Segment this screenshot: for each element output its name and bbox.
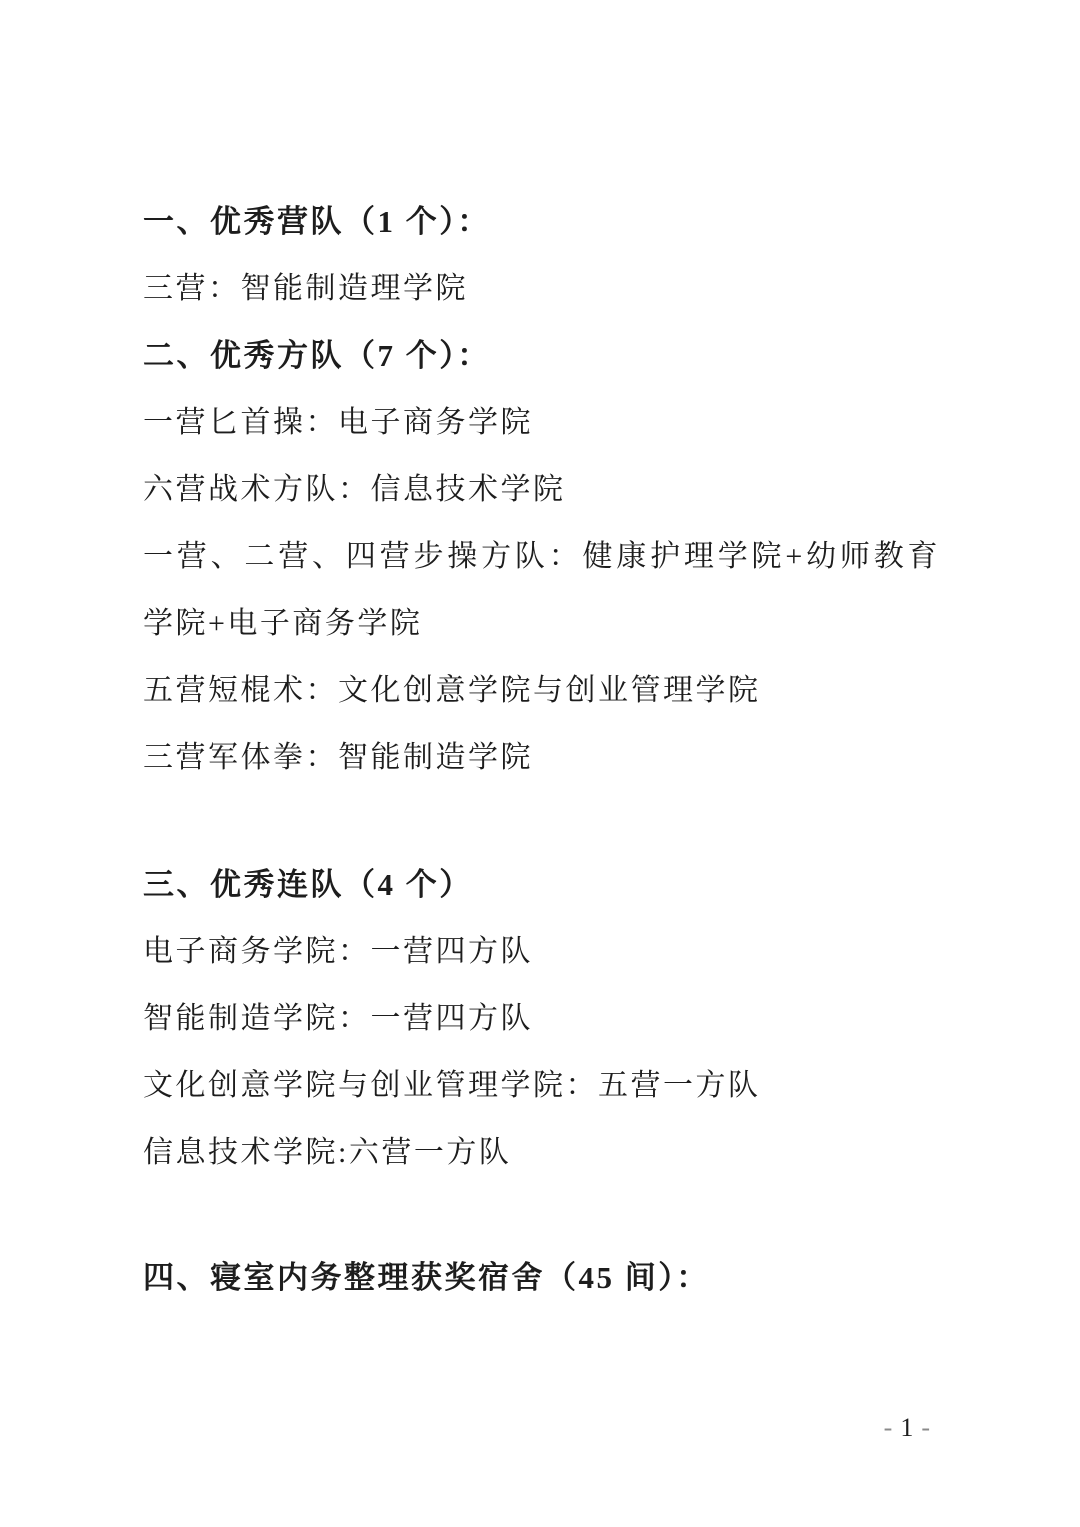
section-item: 六营战术方队：信息技术学院: [143, 456, 940, 523]
section-item: 三营军体拳：智能制造学院: [143, 724, 940, 791]
section-item: 五营短棍术：文化创意学院与创业管理学院: [143, 657, 940, 724]
section-item: 智能制造学院：一营四方队: [143, 985, 940, 1052]
section-item: 一营、二营、四营步操方队：健康护理学院+幼师教育学院+电子商务学院: [143, 523, 940, 657]
section-dorm-awards: 四、寝室内务整理获奖宿舍（45 间）：: [143, 1244, 940, 1311]
section-excellent-formation: 二、优秀方队（7 个）： 一营匕首操：电子商务学院 六营战术方队：信息技术学院 …: [143, 322, 940, 791]
page-footer: -1-: [876, 1412, 938, 1444]
section-heading: 二、优秀方队（7 个）：: [143, 322, 940, 389]
section-heading: 一、优秀营队（1 个）：: [143, 188, 940, 255]
section-item: 信息技术学院:六营一方队: [143, 1119, 940, 1186]
footer-page-number: 1: [900, 1413, 913, 1442]
footer-dash-left: -: [884, 1413, 893, 1442]
section-heading: 四、寝室内务整理获奖宿舍（45 间）：: [143, 1244, 940, 1311]
section-item: 三营：智能制造理学院: [143, 255, 940, 322]
document-page: 一、优秀营队（1 个）： 三营：智能制造理学院 二、优秀方队（7 个）： 一营匕…: [0, 0, 1080, 1527]
section-heading: 三、优秀连队（4 个）: [143, 851, 940, 918]
section-excellent-battalion: 一、优秀营队（1 个）： 三营：智能制造理学院: [143, 188, 940, 322]
footer-dash-right: -: [921, 1413, 930, 1442]
section-excellent-company: 三、优秀连队（4 个） 电子商务学院：一营四方队 智能制造学院：一营四方队 文化…: [143, 851, 940, 1186]
section-item: 文化创意学院与创业管理学院：五营一方队: [143, 1052, 940, 1119]
section-item: 一营匕首操：电子商务学院: [143, 389, 940, 456]
section-item: 电子商务学院：一营四方队: [143, 918, 940, 985]
